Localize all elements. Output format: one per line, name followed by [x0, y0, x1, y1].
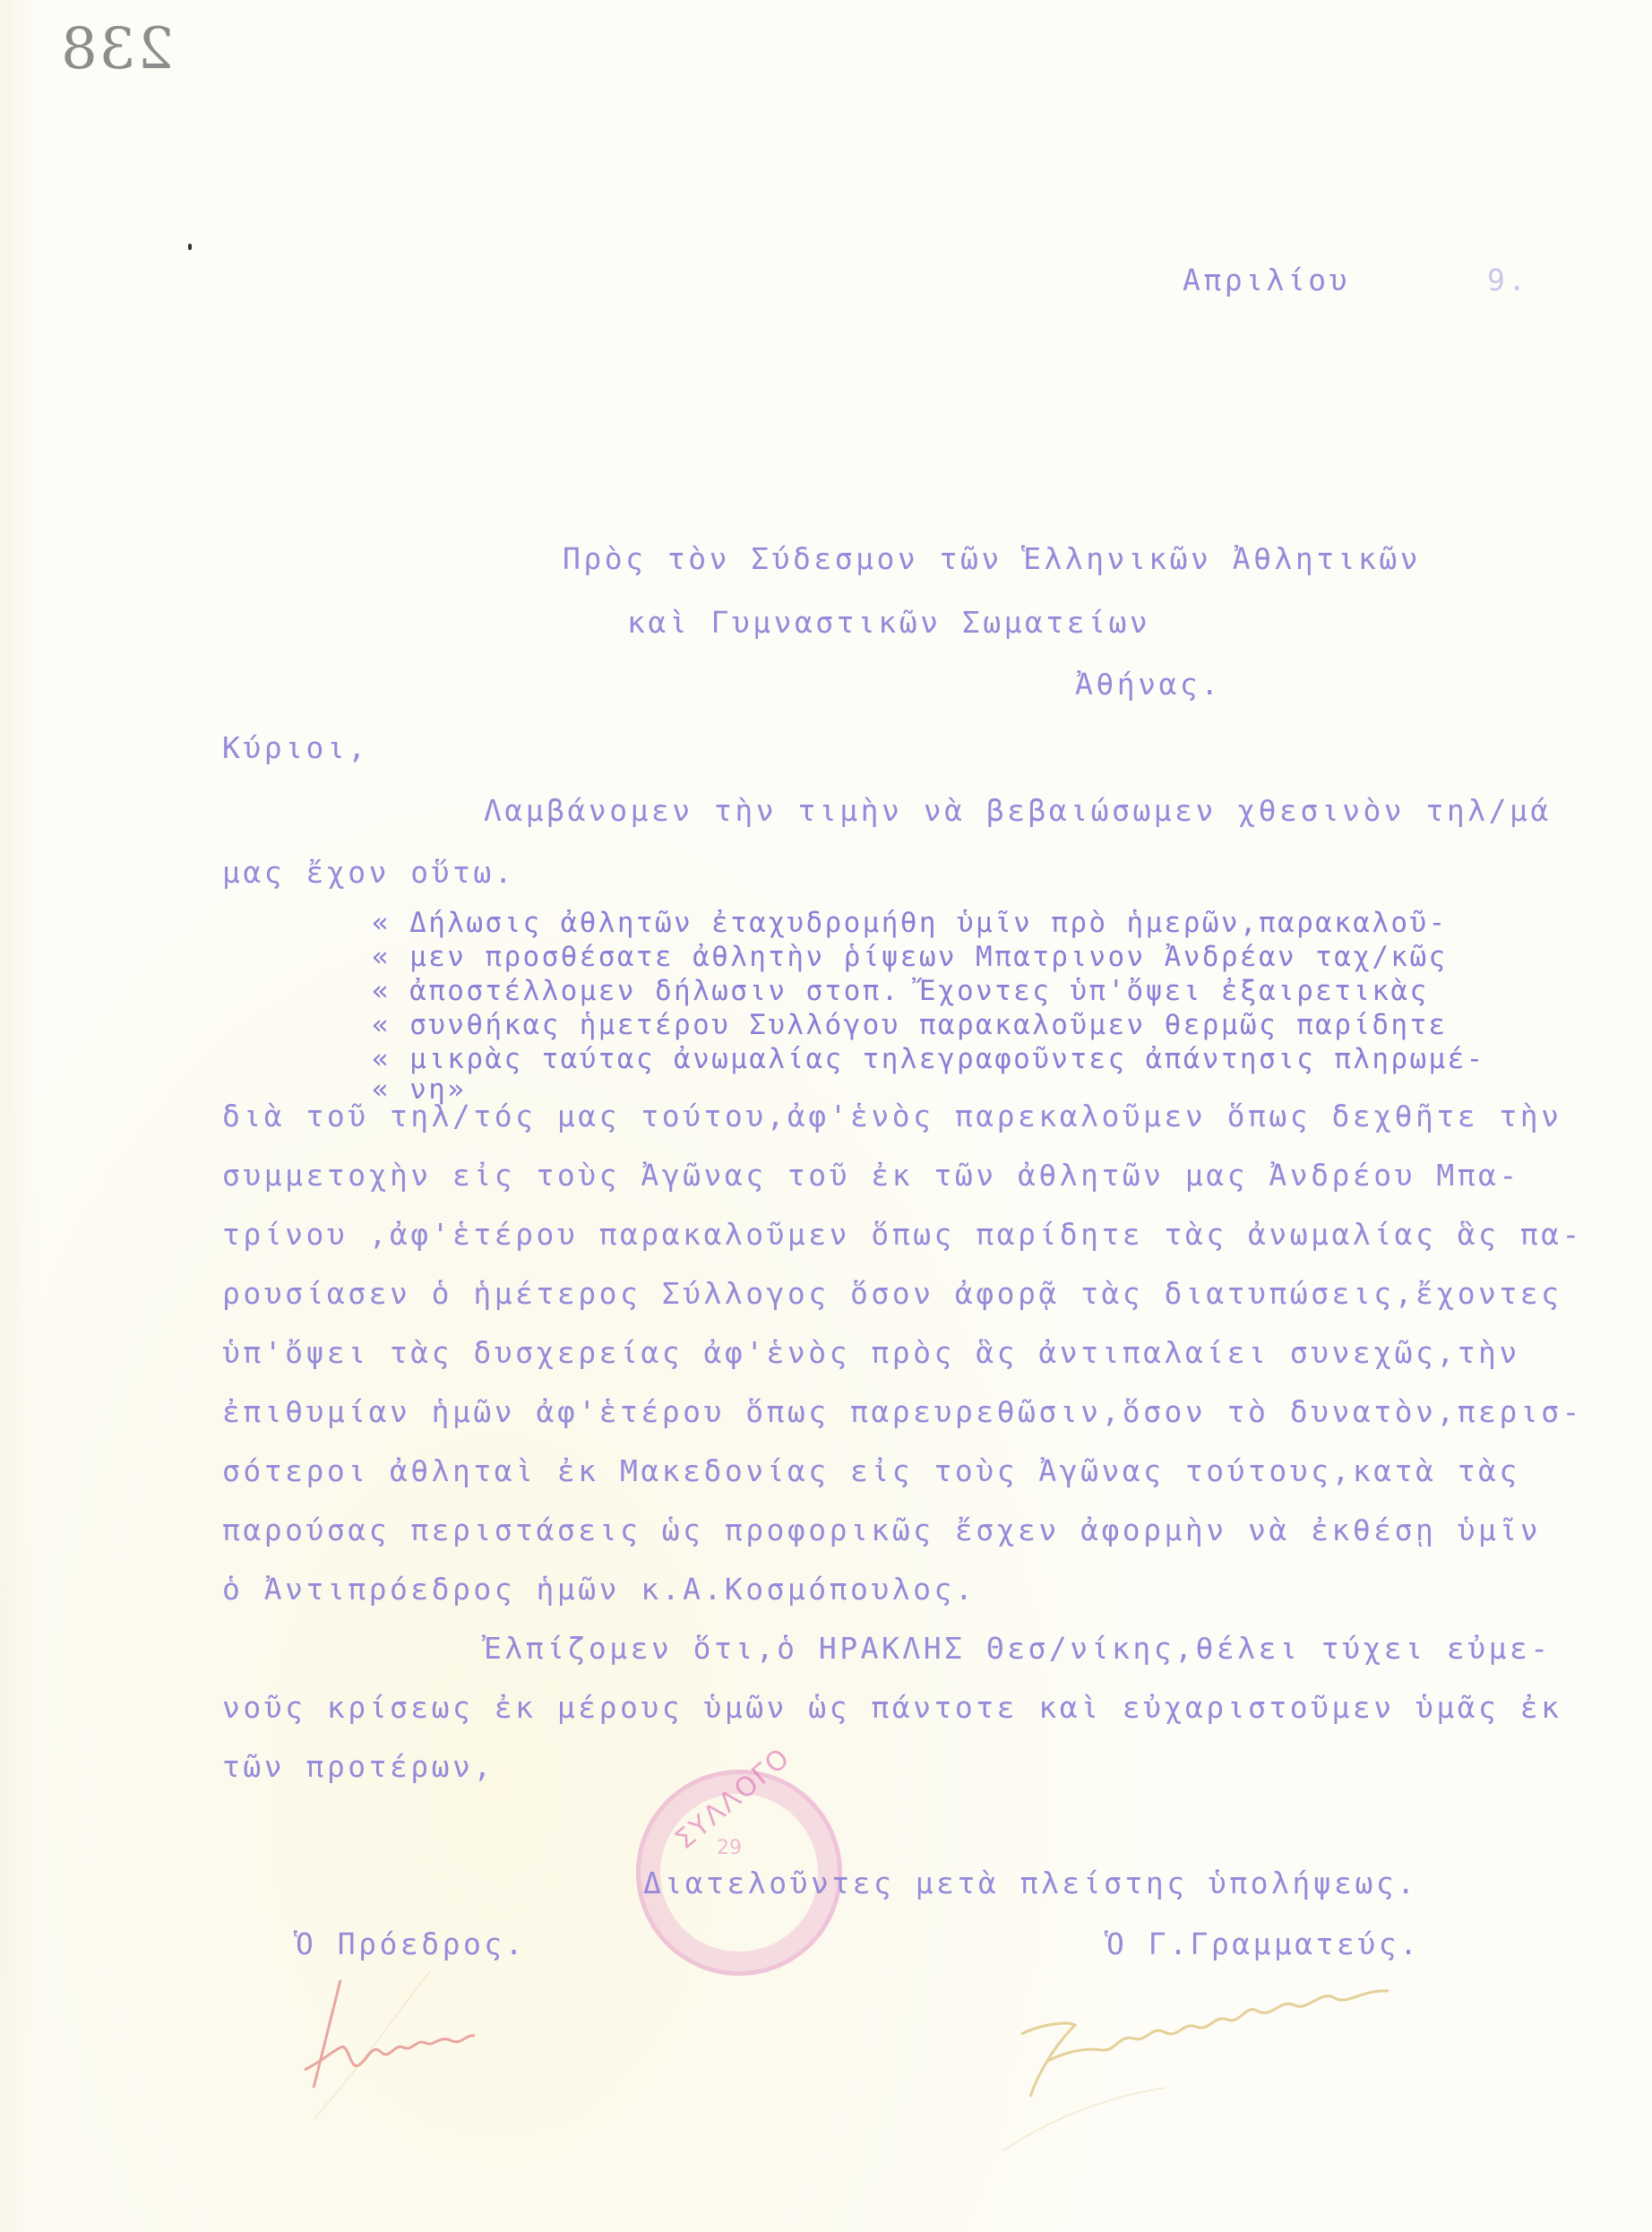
addressee-city: Ἀθήνας. [1075, 667, 1222, 702]
quote-line: « ἀποστέλλομεν δήλωσιν στοπ. Ἔχοντες ὑπ'… [372, 975, 1429, 1007]
secretary-signature [968, 1962, 1469, 2159]
body-line: συμμετοχὴν εἰς τοὺς Ἀγῶνας τοῦ ἐκ τῶν ἀθ… [222, 1158, 1520, 1193]
date-year-suffix: 9. [1487, 263, 1529, 297]
closing-line: Ἐλπίζομεν ὅτι,ὁ ΗΡΑΚΛΗΣ Θεσ/νίκης,θέλει … [484, 1631, 1552, 1666]
quote-line: « Δήλωσις ἀθλητῶν ἐταχυδρομήθη ὑμῖν πρὸ … [372, 907, 1448, 939]
body-line: ὑπ'ὄψει τὰς δυσχερείας ἀφ'ἑνὸς πρὸς ἃς ἀ… [222, 1335, 1520, 1370]
body-line: σότεροι ἀθληταὶ ἐκ Μακεδονίας εἰς τοὺς Ἀ… [222, 1453, 1520, 1488]
body-line: ὁ Ἀντιπρόεδρος ἡμῶν κ.Α.Κοσμόπουλος. [222, 1572, 976, 1607]
quote-line: « μεν προσθέσατε ἀθλητὴν ῥίψεων Μπατρινο… [372, 941, 1448, 973]
intro-line-2: μας ἔχον οὕτω. [222, 855, 515, 890]
body-line: ἐπιθυμίαν ἡμῶν ἀφ'ἑτέρου ὅπως παρευρεθῶσ… [222, 1394, 1583, 1429]
ink-speck [188, 244, 192, 250]
president-label: Ὁ Πρόεδρος. [296, 1926, 526, 1961]
president-signature [287, 1962, 573, 2124]
body-line: διὰ τοῦ τηλ/τός μας τούτου,ἀφ'ἑνὸς παρεκ… [222, 1099, 1562, 1133]
quote-line: « μικρὰς ταύτας ἀνωμαλίας τηλεγραφοῦντες… [372, 1043, 1485, 1075]
secretary-label: Ὁ Γ.Γραμματεύς. [1106, 1926, 1421, 1961]
page-number: 238 [59, 16, 174, 82]
salutation: Κύριοι, [222, 730, 369, 765]
addressee-line-1: Πρὸς τὸν Σύδεσμον τῶν Ἑλληνικῶν Ἀθλητικῶ… [563, 541, 1421, 576]
quote-line: « συνθήκας ἡμετέρου Συλλόγου παρακαλοῦμε… [372, 1009, 1448, 1041]
addressee-line-2: καὶ Γυμναστικῶν Σωματείων [627, 605, 1150, 640]
stamp-number: 29 [717, 1837, 742, 1859]
body-line: τρίνου ,ἀφ'ἑτέρου παρακαλοῦμεν ὅπως παρί… [222, 1217, 1583, 1252]
closing-line: τῶν προτέρων, [222, 1749, 495, 1784]
body-line: παρούσας περιστάσεις ὡς προφορικῶς ἔσχεν… [222, 1512, 1541, 1547]
valediction: Διατελοῦντες μετὰ πλείστης ὑπολήψεως. [643, 1866, 1418, 1900]
body-line: ρουσίασεν ὁ ἡμέτερος Σύλλογος ὅσον ἀφορᾷ… [222, 1276, 1562, 1311]
date-month: Απριλίου [1183, 263, 1350, 297]
intro-line-1: Λαμβάνομεν τὴν τιμὴν νὰ βεβαιώσωμεν χθεσ… [484, 793, 1552, 828]
closing-line: νοῦς κρίσεως ἐκ μέρους ὑμῶν ὡς πάντοτε κ… [222, 1690, 1562, 1725]
